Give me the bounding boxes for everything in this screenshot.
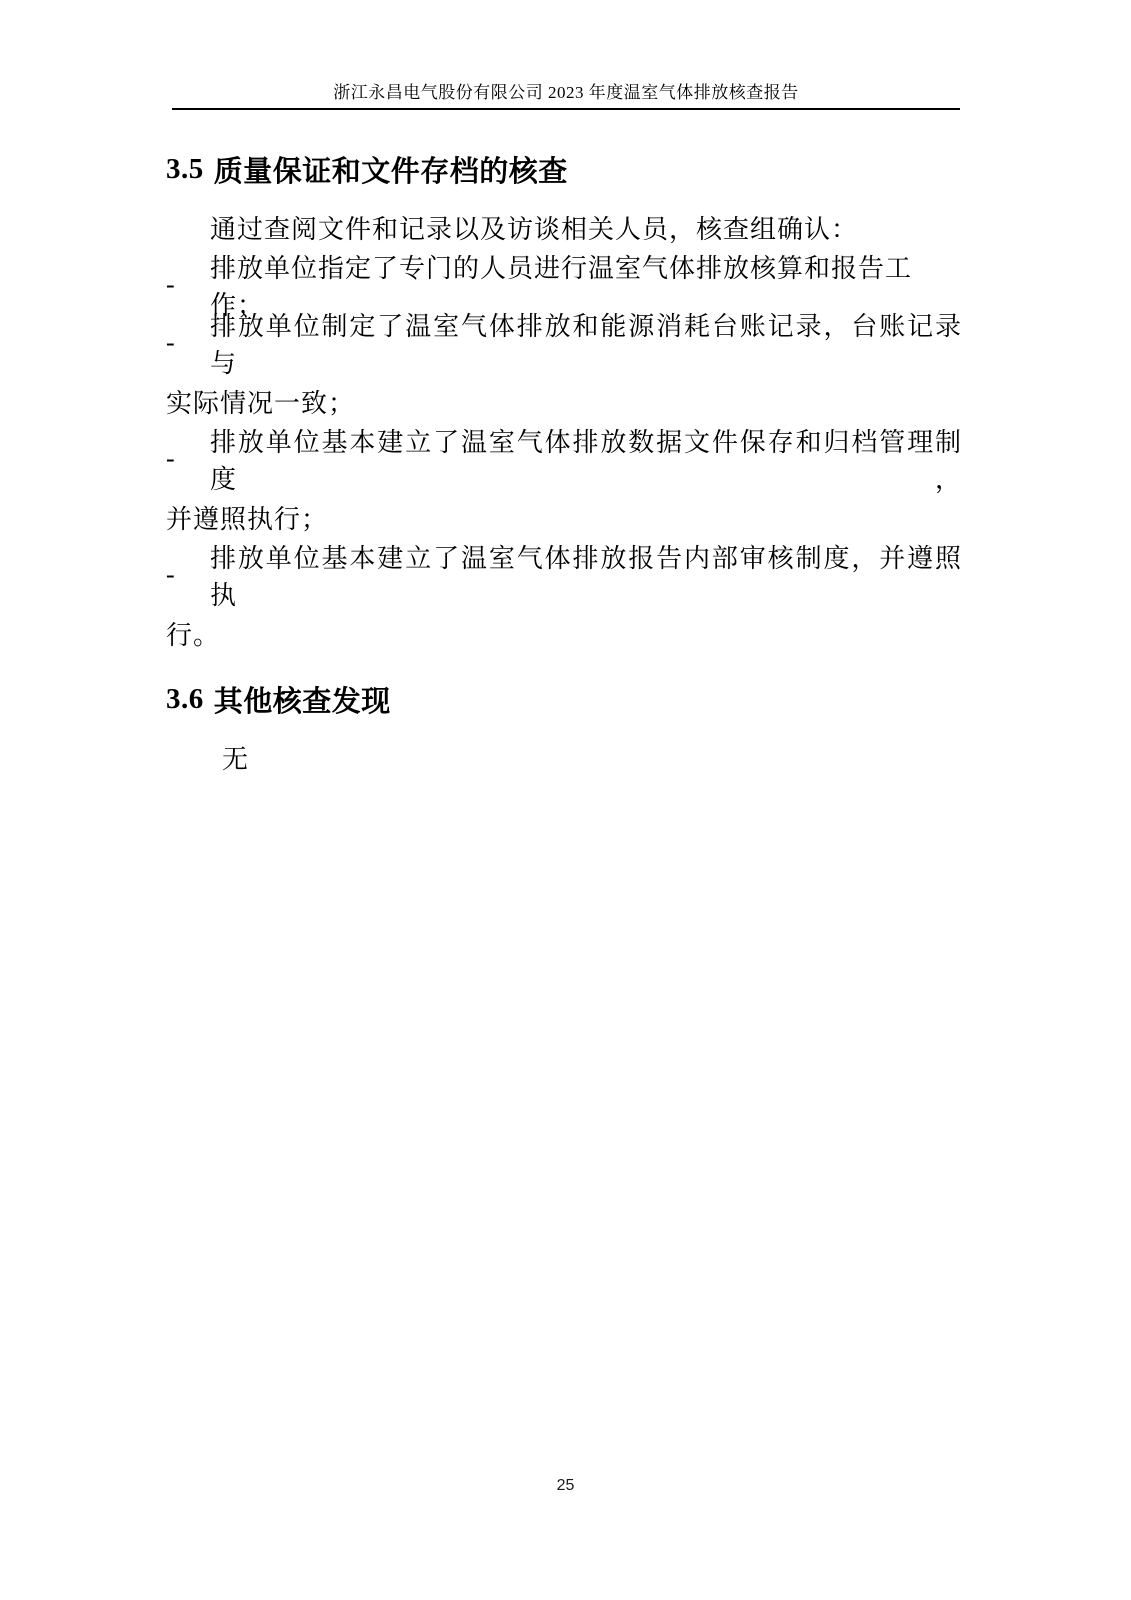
list-item: - 排放单位基本建立了温室气体排放数据文件保存和归档管理制度， <box>166 430 962 488</box>
section-3-6-body: 无 <box>166 728 962 786</box>
list-item-text: 排放单位基本建立了温室气体排放报告内部审核制度，并遵照执 <box>210 538 962 612</box>
document-page: 浙江永昌电气股份有限公司 2023 年度温室气体排放核查报告 3.5 质量保证和… <box>0 0 1131 1600</box>
section-title: 其他核查发现 <box>214 679 391 720</box>
dash-marker: - <box>166 444 210 474</box>
report-title: 浙江永昌电气股份有限公司 2023 年度温室气体排放核查报告 <box>172 78 960 103</box>
list-item-text: 并遵照执行； <box>166 499 328 536</box>
section-3-5-heading: 3.5 质量保证和文件存档的核查 <box>166 140 962 198</box>
section-title: 质量保证和文件存档的核查 <box>214 149 568 190</box>
section-body-text: 无 <box>222 739 249 776</box>
document-body: 3.5 质量保证和文件存档的核查 通过查阅文件和记录以及访谈相关人员，核查组确认… <box>166 140 962 786</box>
list-item-text: 排放单位基本建立了温室气体排放数据文件保存和归档管理制度， <box>210 422 962 496</box>
intro-text: 通过查阅文件和记录以及访谈相关人员，核查组确认： <box>210 209 858 246</box>
list-item: - 排放单位制定了温室气体排放和能源消耗台账记录，台账记录与 <box>166 314 962 372</box>
section-3-6-heading: 3.6 其他核查发现 <box>166 670 962 728</box>
running-header: 浙江永昌电气股份有限公司 2023 年度温室气体排放核查报告 <box>172 78 960 110</box>
list-item-text: 实际情况一致； <box>166 383 355 420</box>
list-item: - 排放单位基本建立了温室气体排放报告内部审核制度，并遵照执 <box>166 546 962 604</box>
list-item-text: 排放单位制定了温室气体排放和能源消耗台账记录，台账记录与 <box>210 306 962 380</box>
dash-marker: - <box>166 328 210 358</box>
section-number: 3.6 <box>166 683 204 716</box>
dash-marker: - <box>166 270 210 300</box>
list-item-text: 行。 <box>166 615 220 652</box>
section-number: 3.5 <box>166 153 204 186</box>
list-item-continuation: 行。 <box>166 604 962 662</box>
page-footer: 25 <box>0 1477 1131 1495</box>
dash-marker: - <box>166 560 210 590</box>
page-number: 25 <box>557 1477 575 1494</box>
